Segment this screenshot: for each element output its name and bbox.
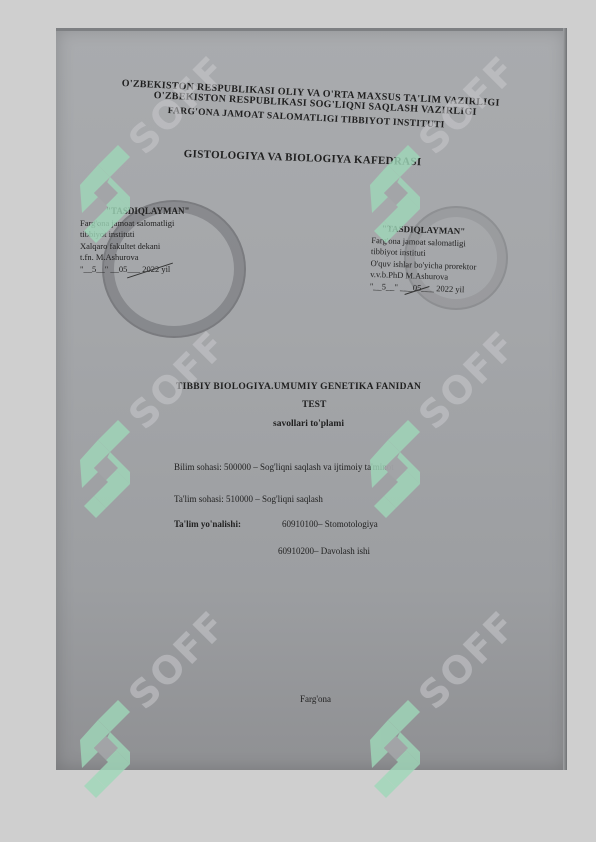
test-label: TEST <box>302 400 326 410</box>
page-edge-top <box>56 28 567 31</box>
city-name: Farg'ona <box>300 694 331 704</box>
soff-logo-icon <box>370 420 426 518</box>
soff-logo-icon <box>80 420 136 518</box>
soff-logo-icon <box>80 700 136 798</box>
collection-label: savollari to'plami <box>273 419 344 429</box>
soff-logo-icon <box>370 145 426 243</box>
subject-title: TIBBIY BIOLOGIYA.UMUMIY GENETIKA FANIDAN <box>176 382 421 392</box>
bilim-sohasi: Bilim sohasi: 500000 – Sog'liqni saqlash… <box>174 462 394 472</box>
talim-sohasi: Ta'lim sohasi: 510000 – Sog'liqni saqlas… <box>174 494 323 504</box>
approval-line: t.fn. M.Ashurova <box>80 252 190 264</box>
talim-yonalishi-label: Ta'lim yo'nalishi: <box>174 519 241 529</box>
approval-date: "__5__" __05___ 2022 yil <box>80 264 190 276</box>
talim-yonalishi-value: 60910100– Stomotologiya <box>282 519 378 529</box>
soff-logo-icon <box>80 145 136 243</box>
talim-yonalishi-value: 60910200– Davolash ishi <box>278 546 370 556</box>
soff-logo-icon <box>370 700 426 798</box>
page-edge-right <box>563 28 567 770</box>
